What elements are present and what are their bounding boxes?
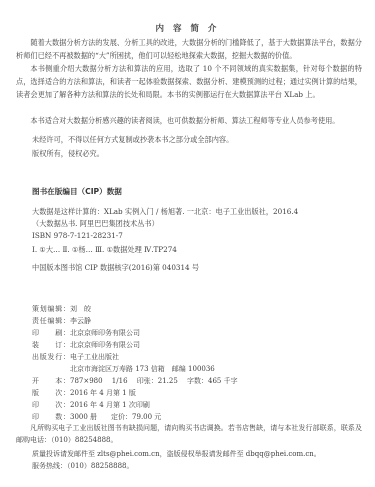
cip-record: 中国版本图书馆 CIP 数据核字(2016)第 040314 号	[32, 262, 199, 274]
imprint-value: 刘 皎	[70, 303, 91, 315]
imprint-row-publisher: 出版发行：电子工业出版社	[32, 351, 119, 363]
intro-paragraph-3: 本书适合对大数据分析感兴趣的读者阅读，也可供数据分析师、算法工程师等专业人员参考…	[16, 114, 362, 127]
copyright-page: 内 容 简 介 随着大数据分析方法的发展、分析工具的改进，大数据分析的门槛降低了…	[0, 0, 375, 487]
imprint-row-editor: 责任编辑：李云静	[32, 315, 91, 327]
imprint-value: 2016 年 4 月第 1 版	[70, 387, 136, 399]
imprint-value: 北京京师印务有限公司	[70, 339, 140, 351]
imprint-key: 策划编辑：	[32, 303, 70, 315]
notice-hotline: 服务热线：（010）88258888。	[32, 460, 134, 472]
imprint-key: 印 刷：	[32, 327, 70, 339]
page-title: 内 容 简 介	[0, 22, 375, 34]
imprint-value: 李云静	[70, 315, 91, 327]
imprint-key: 责任编辑：	[32, 315, 70, 327]
copyright-line-1: 未经许可，不得以任何方式复制或抄袭本书之部分或全部内容。	[32, 134, 233, 146]
cip-isbn: ISBN 978-7-121-28231-7	[32, 230, 123, 242]
intro-paragraph-1: 随着大数据分析方法的发展、分析工具的改进，大数据分析的门槛降低了，基于大数据算法…	[16, 36, 362, 62]
cip-heading: 图书在版编目（CIP）数据	[32, 186, 122, 197]
imprint-row-edition: 版 次：2016 年 4 月第 1 版	[32, 387, 136, 399]
imprint-value: 北京京师印务有限公司	[70, 327, 140, 339]
imprint-key: 出版发行：	[32, 351, 70, 363]
notice-email: 质量投诉请发邮件至 zlts@phei.com.cn，盗版侵权举报请发邮件至 d…	[32, 448, 321, 460]
imprint-row-format: 开 本：787×980 1/16 印张：21.25 字数：465 千字	[32, 375, 238, 387]
imprint-value: 北京市海淀区万寿路 173 信箱 邮编 100036	[70, 363, 215, 375]
imprint-key: 版 次：	[32, 387, 70, 399]
imprint-row-impression: 印 次：2016 年 4 月第 1 次印刷	[32, 399, 150, 411]
imprint-value: 787×980 1/16 印张：21.25 字数：465 千字	[70, 375, 238, 387]
imprint-value: 2016 年 4 月第 1 次印刷	[70, 399, 150, 411]
imprint-row-planning-editor: 策划编辑：刘 皎	[32, 303, 91, 315]
intro-paragraph-2: 本书侧重介绍大数据分析方法和算法的应用，选取了 10 个不同领域的真实数据集，针…	[16, 62, 362, 101]
imprint-key: 装 订：	[32, 339, 70, 351]
cip-classification: Ⅰ. ①大… Ⅱ. ①杨… Ⅲ. ①数据处理 Ⅳ.TP274	[32, 244, 177, 256]
imprint-row-printing: 印 刷：北京京师印务有限公司	[32, 327, 140, 339]
imprint-row-binding: 装 订：北京京师印务有限公司	[32, 339, 140, 351]
imprint-key: 印 次：	[32, 399, 70, 411]
cip-line-1: 大数据是这样计算的：XLab 实例入门 / 杨旭著. 一北京：电子工业出版社，2…	[32, 206, 298, 218]
imprint-key: 开 本：	[32, 375, 70, 387]
imprint-row-address: 北京市海淀区万寿路 173 信箱 邮编 100036	[32, 363, 215, 375]
imprint-value: 电子工业出版社	[70, 351, 119, 363]
cip-line-2: （大数据丛书. 阿里巴巴集团技术丛书）	[32, 218, 159, 230]
notice-paragraph: 凡所购买电子工业出版社图书有缺损问题，请向购买书店调换。若书店售缺，请与本社发行…	[16, 422, 362, 446]
copyright-line-2: 版权所有，侵权必究。	[32, 148, 104, 160]
